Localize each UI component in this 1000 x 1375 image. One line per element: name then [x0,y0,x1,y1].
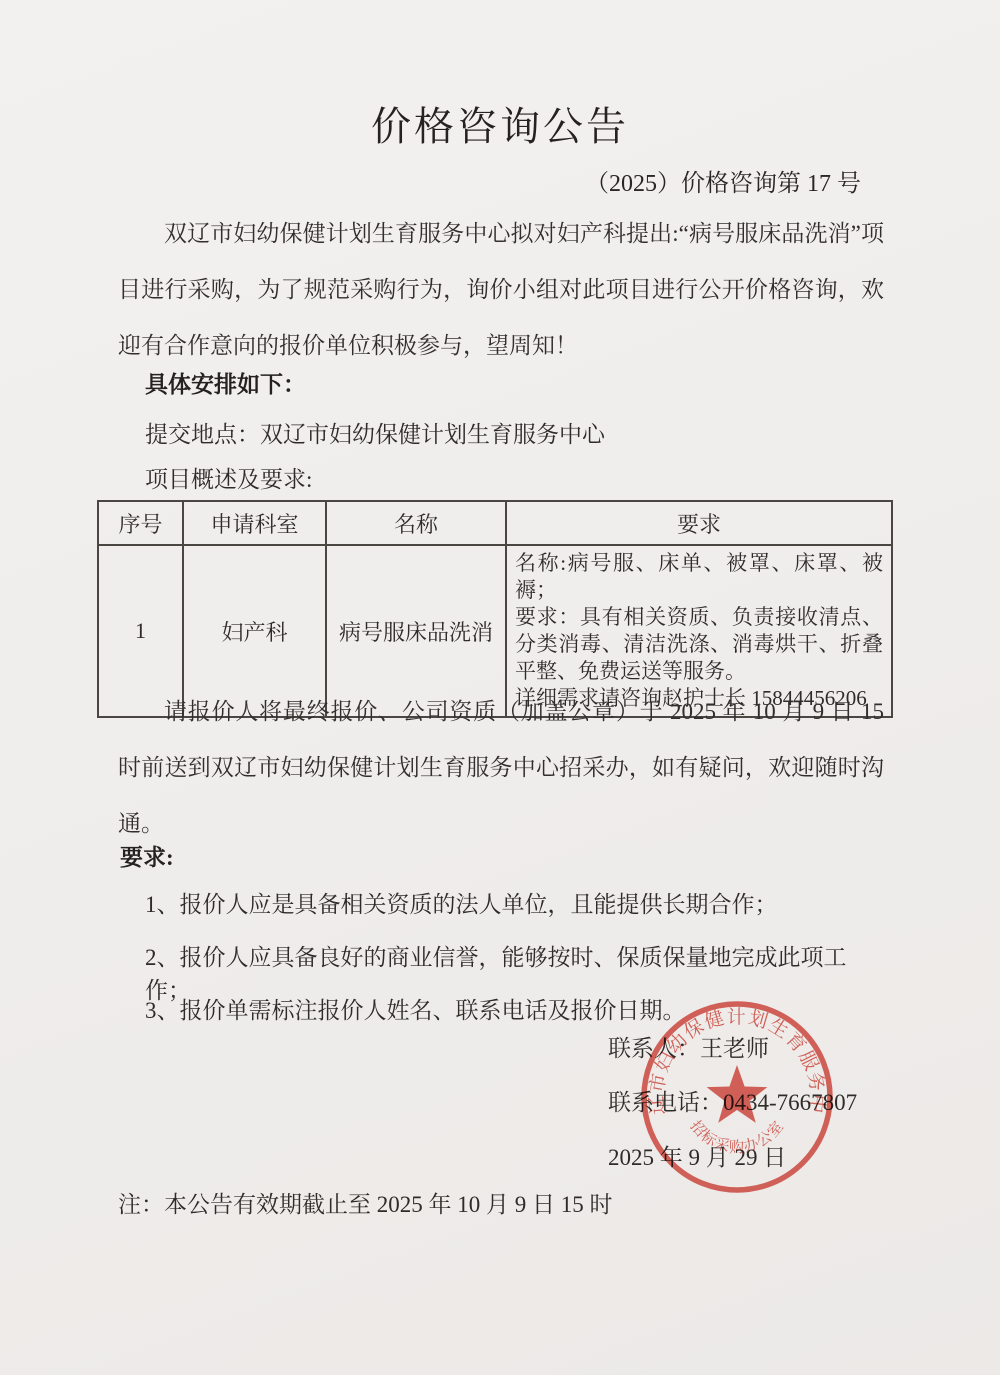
table-header-row: 序号 申请科室 名称 要求 [98,501,892,545]
contact-person-line: 联系人：王老师 [608,1030,769,1063]
requirement-line: 名称:病号服、床单、被罩、床罩、被褥； [515,550,883,604]
requirement-item-3: 3、报价单需标注报价人姓名、联系电话及报价日期。 [145,992,890,1025]
deadline-paragraph: 请报价人将最终报价、公司资质（加盖公章）于 2025 年 10 月 9 日 15… [118,684,884,852]
table-header-requirements: 要求 [506,501,892,545]
signature-date-line: 2025 年 9 月 29 日 [608,1139,786,1172]
submission-location-line: 提交地点：双辽市妇幼保健计划生育服务中心 [145,416,605,449]
arrangement-heading: 具体安排如下： [145,366,306,399]
requirements-heading: 要求: [120,839,174,872]
intro-paragraph: 双辽市妇幼保健计划生育服务中心拟对妇产科提出:“病号服床品洗消”项目进行采购，为… [118,206,884,374]
document-page: 价格咨询公告 （2025）价格咨询第 17 号 双辽市妇幼保健计划生育服务中心拟… [0,0,1000,1375]
requirement-line: 要求：具有相关资质、负责接收清点、分类消毒、清洁洗涤、消毒烘干、折叠平整、免费运… [515,604,883,685]
table-header-seq: 序号 [98,501,183,545]
table-header-name: 名称 [326,501,506,545]
overview-heading: 项目概述及要求: [145,461,312,494]
page-title: 价格咨询公告 [0,95,1000,152]
contact-phone-line: 联系电话：0434-7667807 [608,1084,857,1117]
document-number: （2025）价格咨询第 17 号 [585,163,861,198]
validity-note: 注：本公告有效期截止至 2025 年 10 月 9 日 15 时 [118,1186,613,1219]
requirement-item-1: 1、报价人应是具备相关资质的法人单位，且能提供长期合作； [145,886,890,919]
table-header-department: 申请科室 [183,501,326,545]
